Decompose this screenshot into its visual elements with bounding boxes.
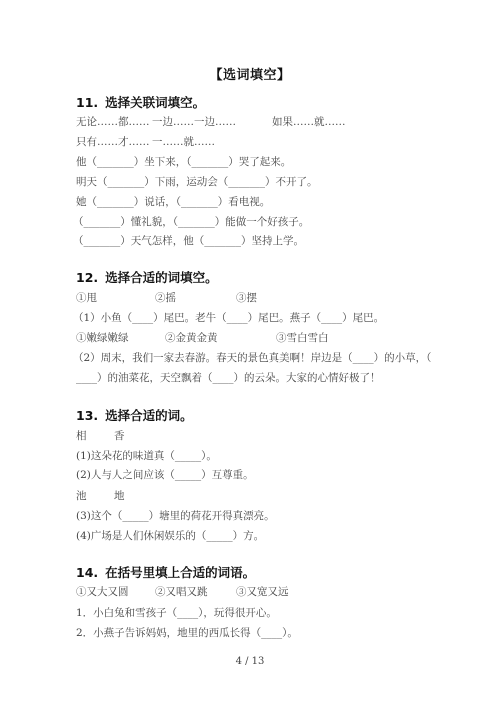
option: 地 <box>114 489 125 503</box>
option: 池 <box>76 489 87 503</box>
question-text: 在括号里填上合适的词语。 <box>105 565 255 580</box>
question-13-heading: 13.选择合适的词。 <box>76 406 193 424</box>
fill-blank-line: （2）周末，我们一家去春游。春天的景色真美啊！岸边是（____）的小草，（ <box>73 351 431 365</box>
fill-blank-line: 她（_______）说话，（_______）看电视。 <box>76 195 270 209</box>
question-number: 12. <box>76 270 98 285</box>
fill-blank-line: ____）的油菜花，天空飘着（____）的云朵。大家的心情好极了！ <box>76 371 381 385</box>
page-number: 4 / 13 <box>0 656 500 667</box>
fill-blank-line: 明天（_______）下雨，运动会（_______）不开了。 <box>76 175 318 189</box>
fill-blank-line: （1）小鱼（____）尾巴。老牛（____）尾巴。燕子（____）尾巴。 <box>73 311 384 325</box>
fill-blank-line: 1．小白兔和雪孩子（____），玩得很开心。 <box>76 606 277 620</box>
option: ①又大又圆 <box>76 585 129 599</box>
option: ①嫩绿嫩绿 <box>76 331 129 345</box>
fill-blank-line: （_______）懂礼貌，（_______）能做一个好孩子。 <box>73 215 309 229</box>
option: ③雪白雪白 <box>276 331 329 345</box>
question-number: 13. <box>76 408 98 423</box>
page-title: 【选词填空】 <box>0 64 500 83</box>
option: 无论……都…… <box>76 115 150 129</box>
fill-blank-line: (4)广场是人们休闲娱乐的（_____）方。 <box>76 529 264 543</box>
option: ②金黄金黄 <box>165 331 218 345</box>
question-text: 选择合适的词填空。 <box>105 270 218 285</box>
option: ③摆 <box>236 291 257 305</box>
option: 只有……才…… <box>76 135 150 149</box>
option: ②摇 <box>155 291 176 305</box>
question-12-heading: 12.选择合适的词填空。 <box>76 268 218 286</box>
option: ③又宽又远 <box>236 585 289 599</box>
fill-blank-line: 2．小燕子告诉妈妈，地里的西瓜长得（____）。 <box>76 626 298 640</box>
option: 相 <box>76 429 87 443</box>
fill-blank-line: (1)这朵花的味道真（_____）。 <box>76 449 217 463</box>
fill-blank-line: （_______）天气怎样，他（_______）坚持上学。 <box>73 234 304 248</box>
fill-blank-line: (2)人与人之间应该（_____）互尊重。 <box>76 468 254 482</box>
question-number: 11. <box>76 95 98 110</box>
fill-blank-line: (3)这个（_____）塘里的荷花开得真漂亮。 <box>76 509 275 523</box>
option: ②又唱又跳 <box>155 585 208 599</box>
option: 一……就…… <box>152 135 215 149</box>
option: 如果……就…… <box>272 115 346 129</box>
question-number: 14. <box>76 565 98 580</box>
option: ①甩 <box>76 291 97 305</box>
question-text: 选择合适的词。 <box>105 408 193 423</box>
question-text: 选择关联词填空。 <box>105 95 205 110</box>
question-11-heading: 11.选择关联词填空。 <box>76 93 205 111</box>
option: 香 <box>114 429 125 443</box>
option: 一边……一边…… <box>152 115 236 129</box>
fill-blank-line: 他（_______）坐下来，（_______）哭了起来。 <box>76 155 291 169</box>
question-14-heading: 14.在括号里填上合适的词语。 <box>76 563 255 581</box>
